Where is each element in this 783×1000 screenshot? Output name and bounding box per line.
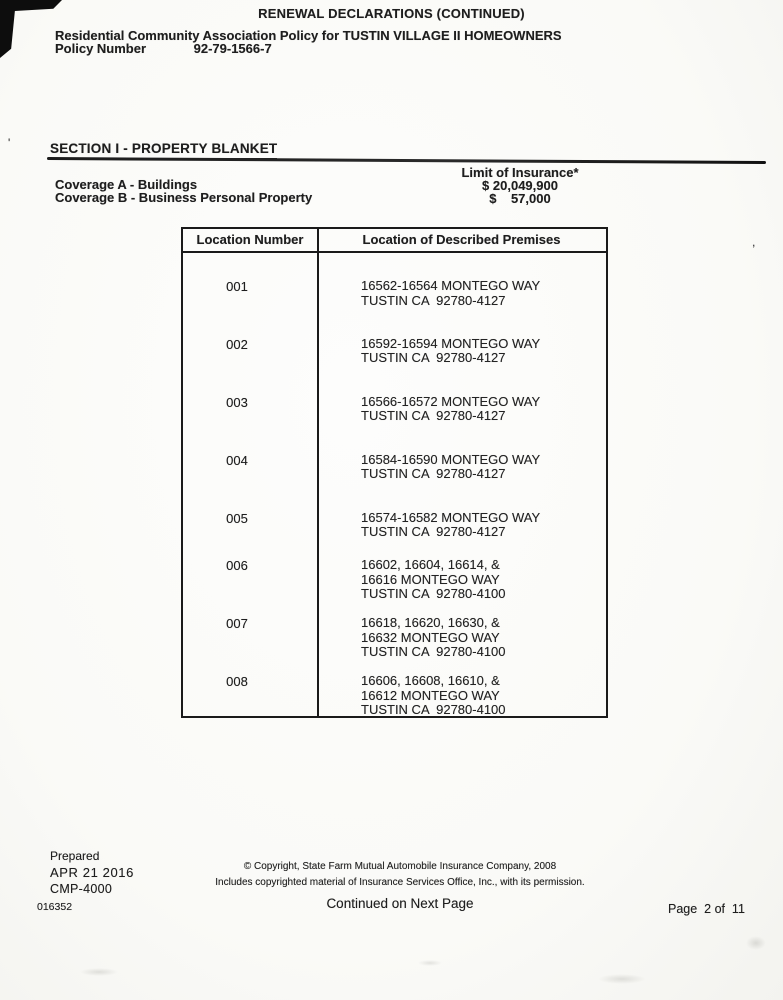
premises-address: 16602, 16604, 16614, & 16616 MONTEGO WAY… [317, 542, 606, 600]
scan-speck: ' [8, 137, 10, 149]
location-number: 003 [183, 369, 317, 427]
table-row: 006 16602, 16604, 16614, & 16616 MONTEGO… [183, 542, 606, 600]
prepared-date: APR 21 2016 [50, 865, 134, 880]
document-code: 016352 [37, 901, 72, 913]
continued-notice: Continued on Next Page [130, 896, 670, 911]
table-column-divider [317, 229, 319, 716]
form-code: CMP-4000 [50, 882, 112, 896]
table-row: 001 16562-16564 MONTEGO WAY TUSTIN CA 92… [183, 253, 606, 311]
premises-address: 16592-16594 MONTEGO WAY TUSTIN CA 92780-… [317, 311, 606, 369]
location-number: 001 [183, 253, 317, 311]
policy-number-label: Policy Number [55, 41, 190, 56]
premises-address: 16562-16564 MONTEGO WAY TUSTIN CA 92780-… [317, 253, 606, 311]
limit-of-insurance-block: Limit of Insurance* $ 20,049,900 $ 57,00… [425, 166, 615, 205]
premises-address: 16574-16582 MONTEGO WAY TUSTIN CA 92780-… [317, 485, 606, 543]
limit-amount-b: $ 57,000 [425, 192, 615, 205]
table-row: 005 16574-16582 MONTEGO WAY TUSTIN CA 92… [183, 485, 606, 543]
location-number: 005 [183, 485, 317, 543]
table-row: 002 16592-16594 MONTEGO WAY TUSTIN CA 92… [183, 311, 606, 369]
scan-speck: , [752, 236, 755, 248]
scan-smudge [598, 974, 646, 984]
coverage-b-label: Coverage B - Business Personal Property [55, 190, 312, 205]
table-row: 007 16618, 16620, 16630, & 16632 MONTEGO… [183, 600, 606, 658]
policy-number-row: Policy Number 92-79-1566-7 [55, 41, 272, 56]
document-title: RENEWAL DECLARATIONS (CONTINUED) [0, 6, 783, 21]
column-header-premises: Location of Described Premises [317, 229, 606, 251]
policy-number-value: 92-79-1566-7 [194, 41, 272, 56]
copyright-line-2: Includes copyrighted material of Insuran… [130, 877, 670, 888]
location-number: 004 [183, 427, 317, 485]
column-header-location-number: Location Number [183, 229, 317, 251]
location-number: 007 [183, 600, 317, 658]
table-row: 003 16566-16572 MONTEGO WAY TUSTIN CA 92… [183, 369, 606, 427]
premises-address: 16618, 16620, 16630, & 16632 MONTEGO WAY… [317, 600, 606, 658]
location-number: 008 [183, 658, 317, 716]
premises-address: 16584-16590 MONTEGO WAY TUSTIN CA 92780-… [317, 427, 606, 485]
premises-address: 16566-16572 MONTEGO WAY TUSTIN CA 92780-… [317, 369, 606, 427]
scan-smudge [418, 960, 442, 966]
premises-address: 16606, 16608, 16610, & 16612 MONTEGO WAY… [317, 658, 606, 716]
locations-table: Location Number Location of Described Pr… [181, 227, 608, 718]
scan-smudge [746, 936, 766, 950]
table-body: 001 16562-16564 MONTEGO WAY TUSTIN CA 92… [183, 253, 606, 716]
copyright-line-1: © Copyright, State Farm Mutual Automobil… [130, 861, 670, 872]
scan-smudge [80, 968, 118, 976]
location-number: 002 [183, 311, 317, 369]
location-number: 006 [183, 542, 317, 600]
table-row: 004 16584-16590 MONTEGO WAY TUSTIN CA 92… [183, 427, 606, 485]
table-row: 008 16606, 16608, 16610, & 16612 MONTEGO… [183, 658, 606, 716]
section-rule [47, 157, 766, 164]
prepared-label: Prepared [50, 849, 99, 863]
page-indicator: Page 2 of 11 [668, 902, 745, 916]
document-page: ' , RENEWAL DECLARATIONS (CONTINUED) Res… [0, 0, 783, 1000]
table-header-row: Location Number Location of Described Pr… [183, 229, 606, 253]
